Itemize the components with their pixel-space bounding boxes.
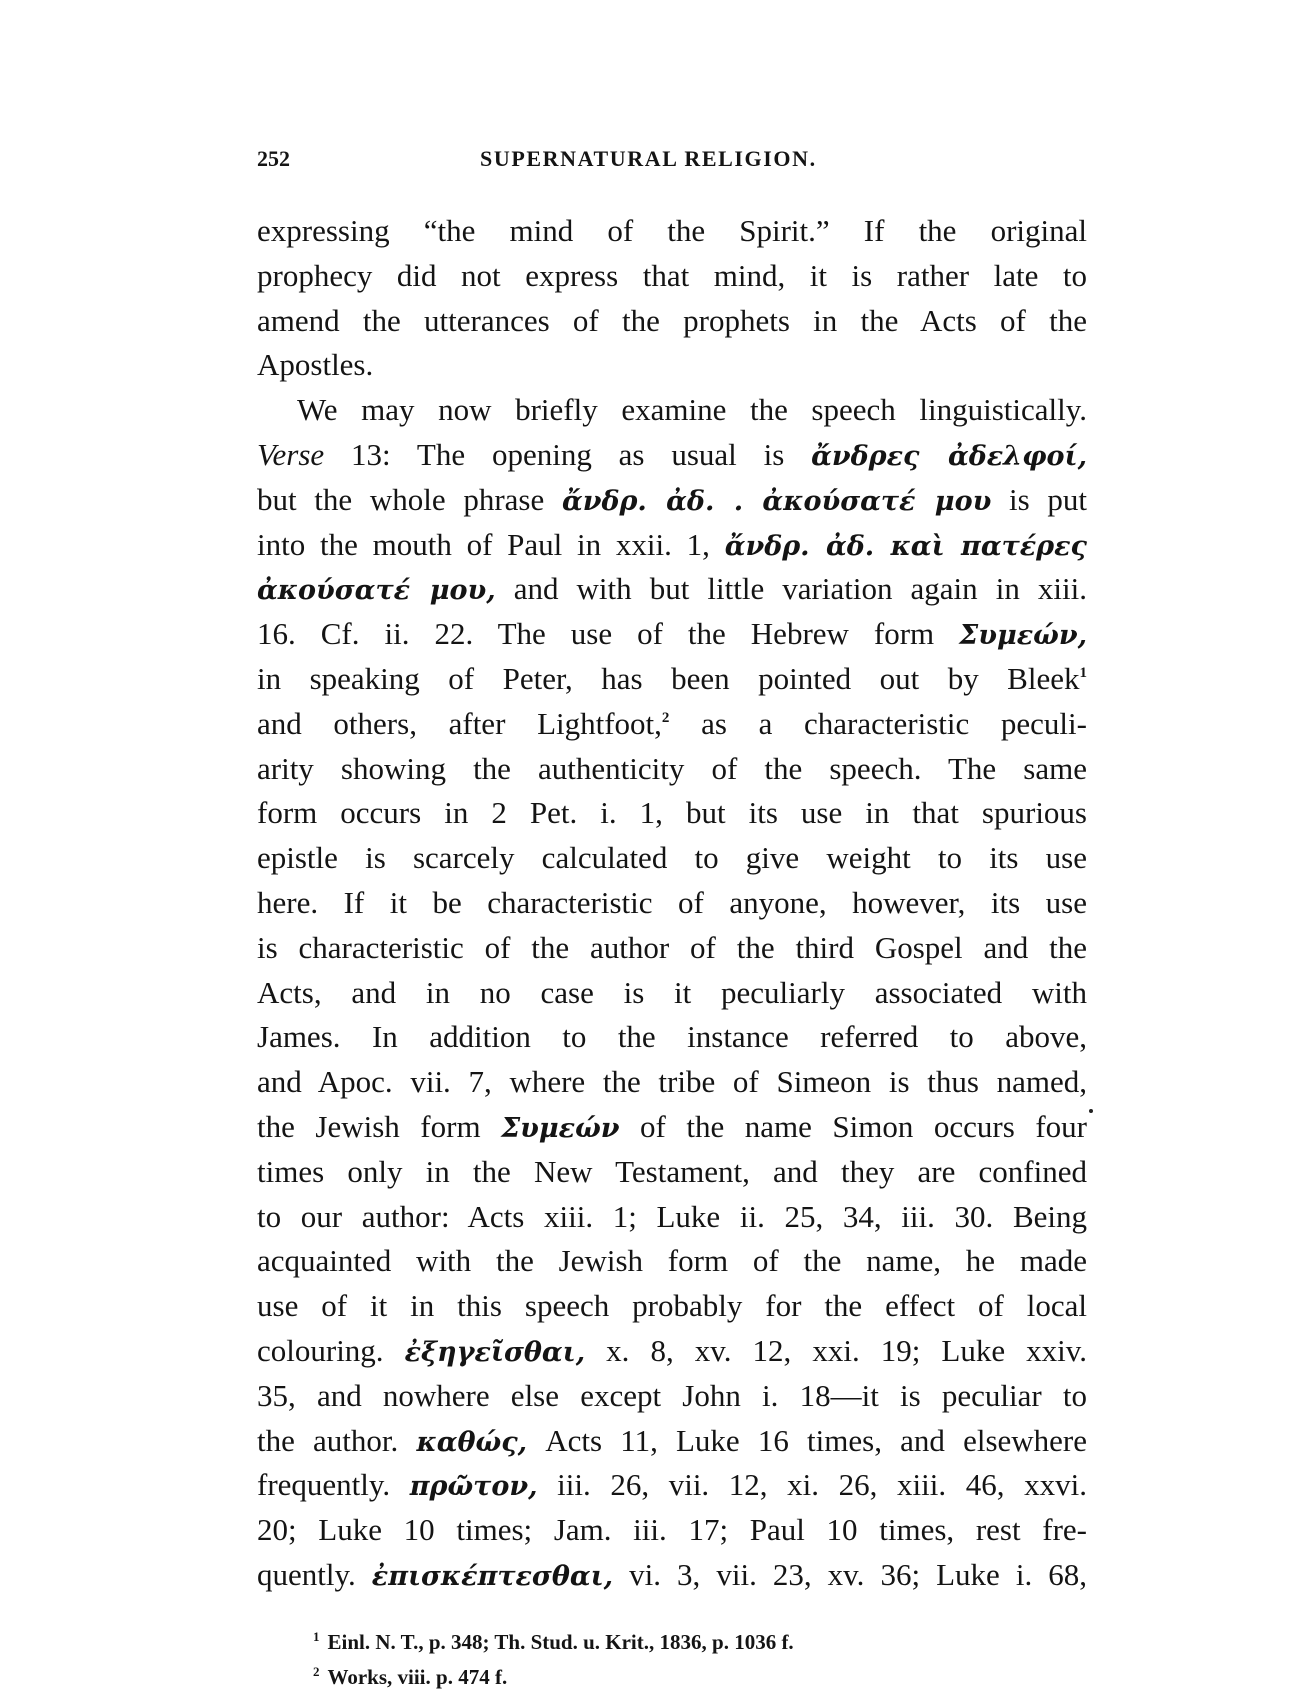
text-run: is characteristic of the author of the t… — [257, 930, 1087, 965]
text-run: We may now briefly examine the speech li… — [297, 392, 1087, 427]
text-run: Apostles. — [257, 347, 373, 382]
text-run: and with but little variation again in x… — [496, 571, 1087, 606]
text-line: expressing “the mind of the Spirit.” If … — [257, 209, 1087, 254]
text-run: 20; Luke 10 times; Jam. iii. 17; Paul 10… — [257, 1512, 1087, 1547]
text-run: Acts 11, Luke 16 times, and elsewhere — [527, 1423, 1087, 1458]
text-run: x. 8, xv. 12, xxi. 19; Luke xxiv. — [585, 1333, 1087, 1368]
text-line: in speaking of Peter, has been pointed o… — [257, 657, 1087, 702]
footnote-text: Works, viii. p. 474 f. — [328, 1665, 508, 1689]
footnote: 2Works, viii. p. 474 f. — [313, 1657, 794, 1692]
text-run: is put — [991, 482, 1087, 517]
text-run: into the mouth of Paul in xxii. 1, — [257, 527, 725, 562]
text-line: amend the utterances of the prophets in … — [257, 299, 1087, 344]
text-run: 16. Cf. ii. 22. The use of the Hebrew fo… — [257, 616, 959, 651]
text-line: colouring. ἐξηγεῖσθαι, x. 8, xv. 12, xxi… — [257, 1329, 1087, 1374]
text-line: the Jewish form Συμεών of the name Simon… — [257, 1105, 1087, 1150]
text-run: and others, after Lightfoot, — [257, 706, 662, 741]
text-run: acquainted with the Jewish form of the n… — [257, 1243, 1087, 1278]
text-run: use of it in this speech probably for th… — [257, 1288, 1087, 1323]
running-head: 252 SUPERNATURAL RELIGION. — [257, 146, 1087, 176]
text-line: James. In addition to the instance refer… — [257, 1015, 1087, 1060]
text-run: Acts, and in no case is it peculiarly as… — [257, 975, 1087, 1010]
greek-phrase: ἄνδρ. ἀδ. . ἀκούσατέ μου — [562, 486, 991, 517]
text-run: form occurs in 2 Pet. i. 1, but its use … — [257, 795, 1087, 830]
italic-text: Verse — [257, 437, 324, 472]
text-run: arity showing the authenticity of the sp… — [257, 751, 1087, 786]
text-line: form occurs in 2 Pet. i. 1, but its use … — [257, 791, 1087, 836]
text-line: prophecy did not express that mind, it i… — [257, 254, 1087, 299]
text-line: We may now briefly examine the speech li… — [257, 388, 1087, 433]
footnote-reference: 1 — [1080, 665, 1088, 681]
text-run: vi. 3, vii. 23, xv. 36; Luke i. 68, — [613, 1557, 1087, 1592]
text-line: Apostles. — [257, 343, 1087, 388]
greek-phrase: ἄνδρες ἀδελφοί, — [811, 441, 1087, 472]
text-line: the author. καθώς, Acts 11, Luke 16 time… — [257, 1419, 1087, 1464]
text-line: into the mouth of Paul in xxii. 1, ἄνδρ.… — [257, 523, 1087, 568]
text-run: colouring. — [257, 1333, 405, 1368]
text-line: acquainted with the Jewish form of the n… — [257, 1239, 1087, 1284]
greek-phrase: ἐξηγεῖσθαι, — [405, 1337, 586, 1368]
text-line: 35, and nowhere else except John i. 18—i… — [257, 1374, 1087, 1419]
body-text: expressing “the mind of the Spirit.” If … — [257, 209, 1087, 1598]
text-run: in speaking of Peter, has been pointed o… — [257, 661, 1080, 696]
text-line: Acts, and in no case is it peculiarly as… — [257, 971, 1087, 1016]
text-run: quently. — [257, 1557, 372, 1592]
footnote: 1Einl. N. T., p. 348; Th. Stud. u. Krit.… — [313, 1622, 794, 1657]
text-run: epistle is scarcely calculated to give w… — [257, 840, 1087, 875]
text-run: to our author: Acts xiii. 1; Luke ii. 25… — [257, 1199, 1087, 1234]
text-run: and Apoc. vii. 7, where the tribe of Sim… — [257, 1064, 1087, 1099]
footnote-mark: 2 — [313, 1664, 320, 1679]
text-run: 13: The opening as usual is — [324, 437, 811, 472]
text-run: of the name Simon occurs four — [620, 1109, 1087, 1144]
text-run: the Jewish form — [257, 1109, 501, 1144]
text-line: 20; Luke 10 times; Jam. iii. 17; Paul 10… — [257, 1508, 1087, 1553]
greek-phrase: ἐπισκέπτεσθαι, — [372, 1561, 613, 1592]
text-line: and Apoc. vii. 7, where the tribe of Sim… — [257, 1060, 1087, 1105]
greek-phrase: Συμεών — [501, 1113, 619, 1144]
book-page: 252 SUPERNATURAL RELIGION. expressing “t… — [0, 0, 1292, 1700]
greek-phrase: πρῶτον, — [410, 1471, 538, 1502]
scan-speck — [1089, 1109, 1093, 1113]
text-line: arity showing the authenticity of the sp… — [257, 747, 1087, 792]
footnotes: 1Einl. N. T., p. 348; Th. Stud. u. Krit.… — [313, 1622, 794, 1692]
greek-phrase: καθώς, — [416, 1427, 527, 1458]
text-run: iii. 26, vii. 12, xi. 26, xiii. 46, xxvi… — [538, 1467, 1087, 1502]
text-run: expressing “the mind of the Spirit.” If … — [257, 213, 1087, 248]
text-line: frequently. πρῶτον, iii. 26, vii. 12, xi… — [257, 1463, 1087, 1508]
text-run: amend the utterances of the prophets in … — [257, 303, 1087, 338]
text-line: quently. ἐπισκέπτεσθαι, vi. 3, vii. 23, … — [257, 1553, 1087, 1598]
greek-phrase: Συμεών, — [959, 620, 1087, 651]
text-run: but the whole phrase — [257, 482, 562, 517]
text-line: Verse 13: The opening as usual is ἄνδρες… — [257, 433, 1087, 478]
footnote-mark: 1 — [313, 1629, 320, 1644]
text-run: 35, and nowhere else except John i. 18—i… — [257, 1378, 1087, 1413]
text-line: to our author: Acts xiii. 1; Luke ii. 25… — [257, 1195, 1087, 1240]
text-run: as a characteristic peculi- — [669, 706, 1087, 741]
text-run: James. In addition to the instance refer… — [257, 1019, 1087, 1054]
greek-phrase: ἀκούσατέ μου, — [257, 575, 496, 606]
text-line: times only in the New Testament, and the… — [257, 1150, 1087, 1195]
text-line: and others, after Lightfoot,2 as a chara… — [257, 702, 1087, 747]
text-run: frequently. — [257, 1467, 410, 1502]
greek-phrase: ἄνδρ. ἀδ. καὶ πατέρες — [725, 531, 1087, 562]
text-line: epistle is scarcely calculated to give w… — [257, 836, 1087, 881]
text-run: the author. — [257, 1423, 416, 1458]
footnote-text: Einl. N. T., p. 348; Th. Stud. u. Krit.,… — [328, 1630, 794, 1654]
text-line: is characteristic of the author of the t… — [257, 926, 1087, 971]
text-run: prophecy did not express that mind, it i… — [257, 258, 1087, 293]
text-line: 16. Cf. ii. 22. The use of the Hebrew fo… — [257, 612, 1087, 657]
text-line: here. If it be characteristic of anyone,… — [257, 881, 1087, 926]
text-line: ἀκούσατέ μου, and with but little variat… — [257, 567, 1087, 612]
running-title: SUPERNATURAL RELIGION. — [480, 146, 817, 172]
text-line: but the whole phrase ἄνδρ. ἀδ. . ἀκούσατ… — [257, 478, 1087, 523]
text-run: times only in the New Testament, and the… — [257, 1154, 1087, 1189]
text-run: here. If it be characteristic of anyone,… — [257, 885, 1087, 920]
text-line: use of it in this speech probably for th… — [257, 1284, 1087, 1329]
page-number: 252 — [257, 146, 290, 172]
